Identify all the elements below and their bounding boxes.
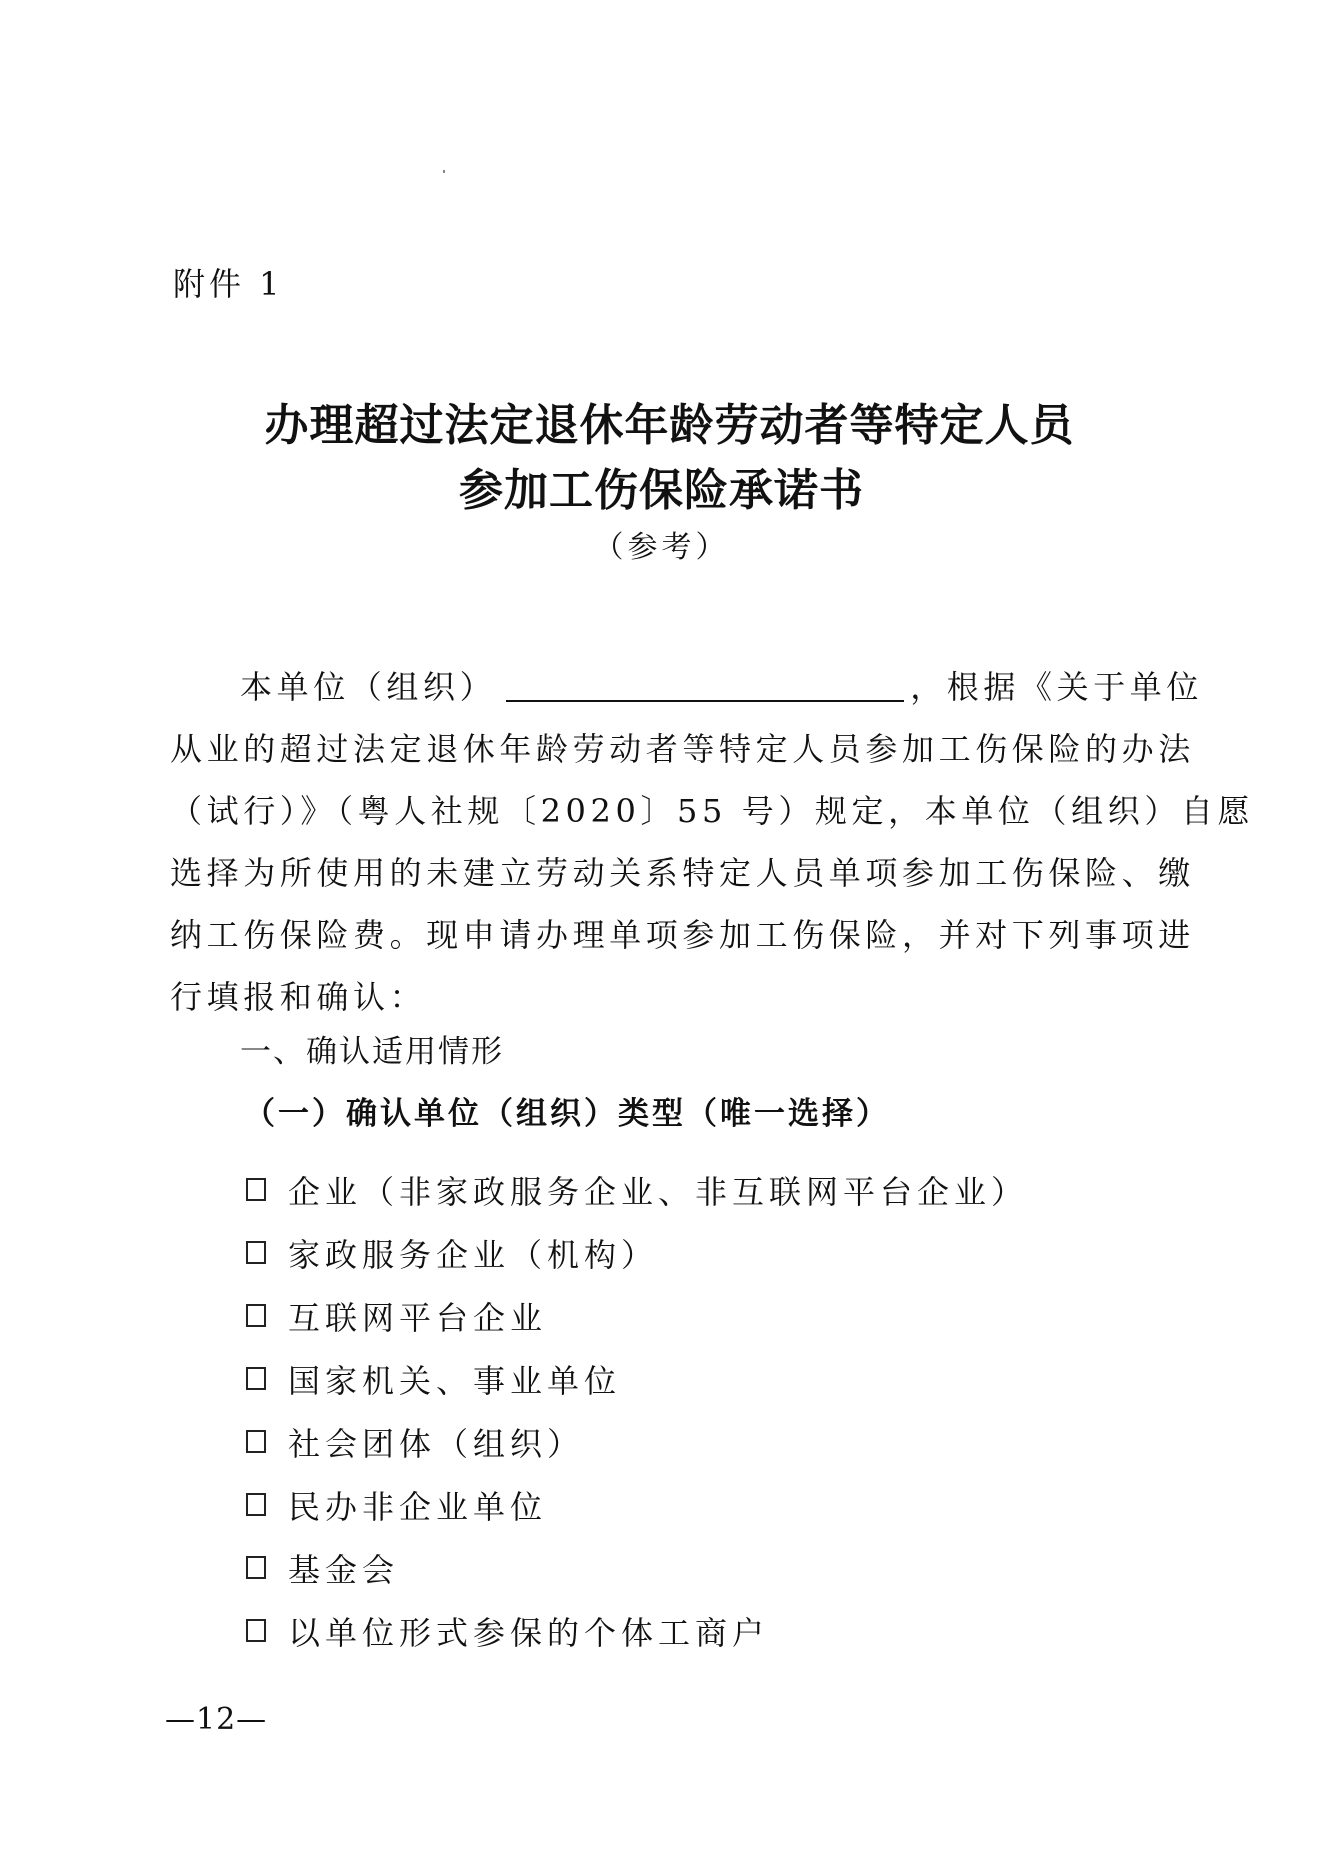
organization-name-blank[interactable] [506,670,904,702]
checkbox-icon[interactable] [246,1556,266,1579]
intro-paragraph: 本单位（组织），根据《关于单位 从业的超过法定退休年龄劳动者等特定人员参加工伤保… [170,656,1170,1028]
intro-line-4: 选择为所使用的未建立劳动关系特定人员单项参加工伤保险、缴 [170,842,1170,904]
option-label: 企业（非家政服务企业、非互联网平台企业） [288,1167,1028,1213]
option-label: 国家机关、事业单位 [288,1356,621,1402]
option-foundation[interactable]: 基金会 [240,1536,1028,1599]
option-government-institution[interactable]: 国家机关、事业单位 [240,1347,1028,1410]
checkbox-icon[interactable] [246,1304,266,1327]
checkbox-icon[interactable] [246,1178,266,1201]
intro-line-1: 本单位（组织），根据《关于单位 [170,656,1170,718]
option-internet-platform[interactable]: 互联网平台企业 [240,1284,1028,1347]
document-title-line-2: 参加工伤保险承诺书 [0,463,1323,519]
intro-line-3: （试行）》（粤人社规〔2020〕55 号）规定，本单位（组织）自愿 [170,780,1170,842]
intro-line-1-prefix: 本单位（组织） [240,668,496,706]
document-subtitle: （参考） [0,528,1323,568]
option-enterprise[interactable]: 企业（非家政服务企业、非互联网平台企业） [240,1158,1028,1221]
organization-type-options: 企业（非家政服务企业、非互联网平台企业） 家政服务企业（机构） 互联网平台企业 … [240,1158,1028,1662]
option-label: 家政服务企业（机构） [288,1230,658,1276]
document-page: 附件 1 办理超过法定退休年龄劳动者等特定人员 参加工伤保险承诺书 （参考） 本… [0,0,1323,1870]
scan-speck [443,170,445,173]
option-label: 以单位形式参保的个体工商户 [288,1608,769,1654]
option-domestic-service[interactable]: 家政服务企业（机构） [240,1221,1028,1284]
intro-line-2: 从业的超过法定退休年龄劳动者等特定人员参加工伤保险的办法 [170,718,1170,780]
subsection-heading-organization-type: （一）确认单位（组织）类型（唯一选择） [244,1092,890,1136]
option-label: 民办非企业单位 [288,1482,547,1528]
intro-line-5: 纳工伤保险费。现申请办理单项参加工伤保险，并对下列事项进 [170,904,1170,966]
option-individual-business[interactable]: 以单位形式参保的个体工商户 [240,1599,1028,1662]
option-label: 社会团体（组织） [288,1419,584,1465]
option-label: 互联网平台企业 [288,1293,547,1339]
option-private-non-enterprise[interactable]: 民办非企业单位 [240,1473,1028,1536]
intro-line-6: 行填报和确认： [170,966,1170,1028]
intro-line-1-suffix: ，根据《关于单位 [910,668,1203,706]
page-number: —12— [165,1700,267,1740]
checkbox-icon[interactable] [246,1241,266,1264]
option-social-group[interactable]: 社会团体（组织） [240,1410,1028,1473]
checkbox-icon[interactable] [246,1493,266,1516]
checkbox-icon[interactable] [246,1430,266,1453]
document-title-line-1: 办理超过法定退休年龄劳动者等特定人员 [8,398,1323,454]
checkbox-icon[interactable] [246,1619,266,1642]
checkbox-icon[interactable] [246,1367,266,1390]
section-heading-applicable-circumstances: 一、确认适用情形 [240,1030,504,1074]
attachment-label: 附件 1 [173,264,284,304]
option-label: 基金会 [288,1545,399,1591]
